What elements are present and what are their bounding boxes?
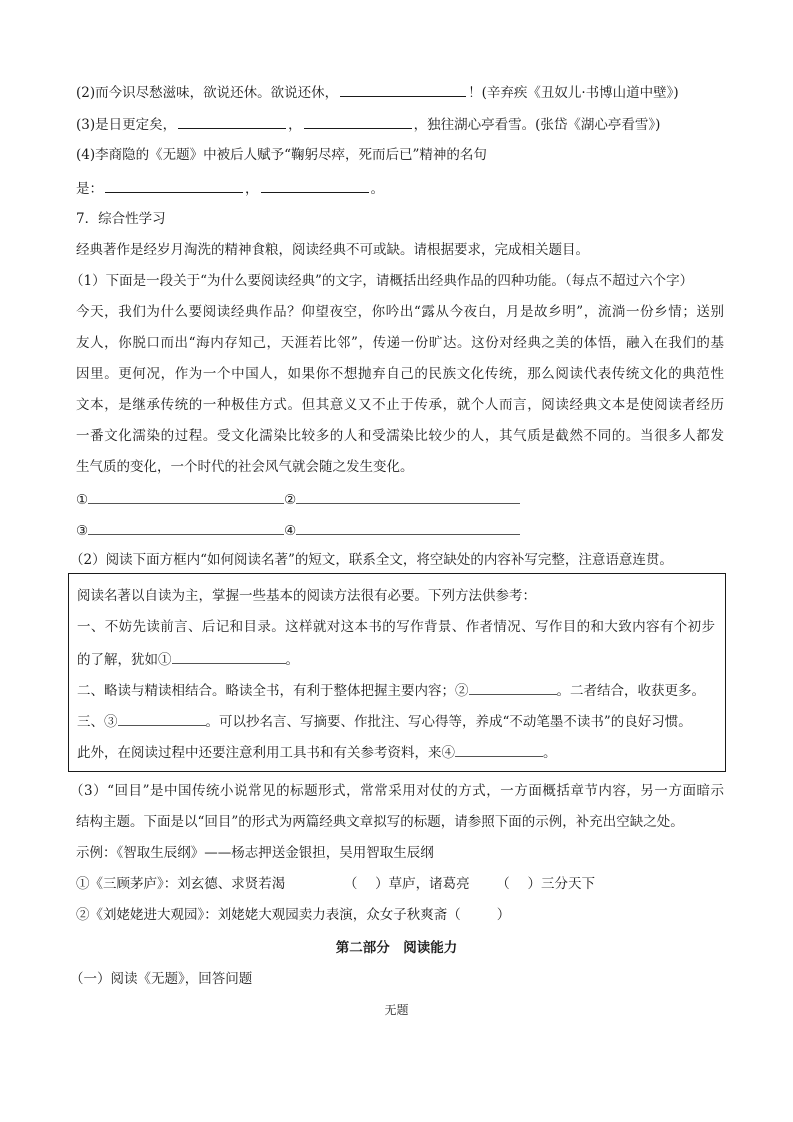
- marker-1: ①: [76, 492, 88, 508]
- box-line6-prefix: 此外，在阅读过程中还要注意利用工具书和有关参考资料，来④: [77, 745, 455, 761]
- q7-part1-answers-row2: ③④: [76, 520, 520, 538]
- box-line: 的了解，犹如①。: [77, 649, 299, 667]
- box-line: 此外，在阅读过程中还要注意利用工具书和有关参考资料，来④。: [77, 742, 557, 760]
- q6-item3-suffix: ，独往湖心亭看雪。(张岱《湖心亭看雪》): [414, 117, 661, 133]
- answer-blank-1[interactable]: [88, 489, 284, 504]
- q6-item2-suffix: ！(辛弃疾《丑奴儿·书博山道中壁》): [468, 85, 679, 101]
- answer-blank-4[interactable]: [455, 742, 543, 757]
- q6-item3: (3)是日更定矣，，，独往湖心亭看雪。(张岱《湖心亭看雪》): [76, 114, 660, 132]
- q6-item3-prefix: (3)是日更定矣，: [76, 117, 176, 133]
- passage-line: 文本，是继承传统的一种极佳方式。但其意义又不止于传承，就个人而言，阅读经典文本是…: [76, 396, 724, 414]
- box-line: 一、不妨先读前言、后记和目录。这样就对这本书的写作背景、作者情况、写作目的和大致…: [77, 618, 715, 636]
- period: 。: [543, 745, 557, 761]
- period: 。: [371, 181, 385, 197]
- box-line: 三、③。可以抄名言、写摘要、作批注、写心得等，养成“不动笔墨不读书”的良好习惯。: [77, 711, 692, 729]
- box-line5-prefix: 三、③: [77, 714, 118, 730]
- q6-item4-line2: 是：，。: [76, 178, 384, 196]
- box-line5-suffix: 。可以抄名言、写摘要、作批注、写心得等，养成“不动笔墨不读书”的良好习惯。: [206, 714, 692, 730]
- q7-part3-example: 示例：《智取生辰纲》——杨志押送金银担，吴用智取生辰纲: [76, 844, 434, 862]
- q6-item2-prefix: (2)而今识尽愁滋味，欲说还休。欲说还休，: [76, 85, 338, 101]
- marker-2: ②: [284, 492, 296, 508]
- passage-line: 今天，我们为什么要阅读经典作品？仰望夜空，你吟出“露从今夜白，月是故乡明”，流淌…: [76, 303, 724, 321]
- q7-intro: 经典著作是经岁月淘洗的精神食粮，阅读经典不可或缺。请根据要求，完成相关题目。: [76, 241, 589, 259]
- answer-blank-1[interactable]: [172, 649, 286, 664]
- box-line: 二、略读与精读相结合。略读全书，有利于整体把握主要内容；②。二者结合，收获更多。: [77, 680, 705, 698]
- answer-blank-2[interactable]: [296, 489, 520, 504]
- item1-b[interactable]: （ ）草庐，诸葛亮: [344, 876, 470, 892]
- marker-4: ④: [284, 523, 296, 539]
- answer-blank-3[interactable]: [118, 711, 206, 726]
- answer-blank[interactable]: [178, 114, 286, 129]
- q7-part2-prompt: （2）阅读下面方框内“如何阅读名著”的短文，联系全文，将空缺处的内容补写完整，注…: [70, 551, 673, 569]
- q6-item4-line1: (4)李商隐的《无题》中被后人赋予“鞠躬尽瘁，死而后已”精神的名句: [76, 146, 487, 164]
- q7-part3-prompt-line2: 结构主题。下面是以“回目”的形式为两篇经典文章拟写的标题，请参照下面的示例，补充…: [76, 813, 684, 831]
- box-line: 阅读名著以自读为主，掌握一些基本的阅读方法很有必要。下列方法供参考：: [77, 587, 536, 605]
- item1-a: ①《三顾茅庐》：刘玄德、求贤若渴: [76, 876, 285, 892]
- answer-blank[interactable]: [304, 114, 412, 129]
- answer-blank-4[interactable]: [296, 520, 520, 535]
- box-line4-suffix: 。二者结合，收获更多。: [557, 683, 706, 699]
- answer-blank[interactable]: [105, 178, 243, 193]
- item2-a: ②《刘姥姥进大观园》：刘姥姥大观园卖力表演，众女子秋爽斋（: [76, 907, 461, 923]
- part-two-sub: （一）阅读《无题》，回答问题: [70, 970, 252, 988]
- answer-blank-3[interactable]: [88, 520, 284, 535]
- comma: ，: [288, 117, 302, 133]
- q7-part3-item1: ①《三顾茅庐》：刘玄德、求贤若渴 （ ）草庐，诸葛亮 （ ）三分天下: [76, 875, 595, 893]
- q7-part3-prompt-line1: （3）“回目”是中国传统小说常见的标题形式，常常采用对仗的方式，一方面概括章节内…: [70, 782, 724, 800]
- answer-blank[interactable]: [261, 178, 369, 193]
- box-line3-prefix: 的了解，犹如①: [77, 652, 172, 668]
- answer-blank-2[interactable]: [469, 680, 557, 695]
- q6-item4-prefix: 是：: [76, 181, 103, 197]
- answer-blank[interactable]: [340, 82, 466, 97]
- reading-methods-box: 阅读名著以自读为主，掌握一些基本的阅读方法很有必要。下列方法供参考： 一、不妨先…: [68, 573, 726, 772]
- q7-title: 7．综合性学习: [76, 210, 166, 228]
- comma: ，: [245, 181, 259, 197]
- passage-line: 友人，你脱口而出“海内存知己，天涯若比邻”，传递一份旷达。这份对经典之美的体悟，…: [76, 334, 724, 352]
- q7-part3-item2: ②《刘姥姥进大观园》：刘姥姥大观园卖力表演，众女子秋爽斋（）: [76, 906, 510, 924]
- passage-line: 生气质的变化，一个时代的社会风气就会随之发生变化。: [76, 458, 414, 476]
- period: 。: [286, 652, 300, 668]
- q6-item2: (2)而今识尽愁滋味，欲说还休。欲说还休，！(辛弃疾《丑奴儿·书博山道中壁》): [76, 82, 679, 100]
- q7-part1-prompt: （1）下面是一段关于“为什么要阅读经典”的文字，请概括出经典作品的四种功能。（每…: [70, 272, 693, 290]
- passage-line: 一番文化濡染的过程。受文化濡染比较多的人和受濡染比较少的人，其气质是截然不同的。…: [76, 427, 724, 445]
- poem-title: 无题: [0, 1001, 793, 1019]
- item2-b: ）: [497, 907, 511, 923]
- passage-line: 因里。更何况，作为一个中国人，如果你不想抛弃自己的民族文化传统，那么阅读代表传统…: [76, 365, 724, 383]
- part-two-heading: 第二部分 阅读能力: [0, 939, 793, 957]
- q7-part1-answers-row1: ①②: [76, 489, 520, 507]
- box-line4-prefix: 二、略读与精读相结合。略读全书，有利于整体把握主要内容；②: [77, 683, 469, 699]
- marker-3: ③: [76, 523, 88, 539]
- item1-c[interactable]: （ ）三分天下: [496, 876, 595, 892]
